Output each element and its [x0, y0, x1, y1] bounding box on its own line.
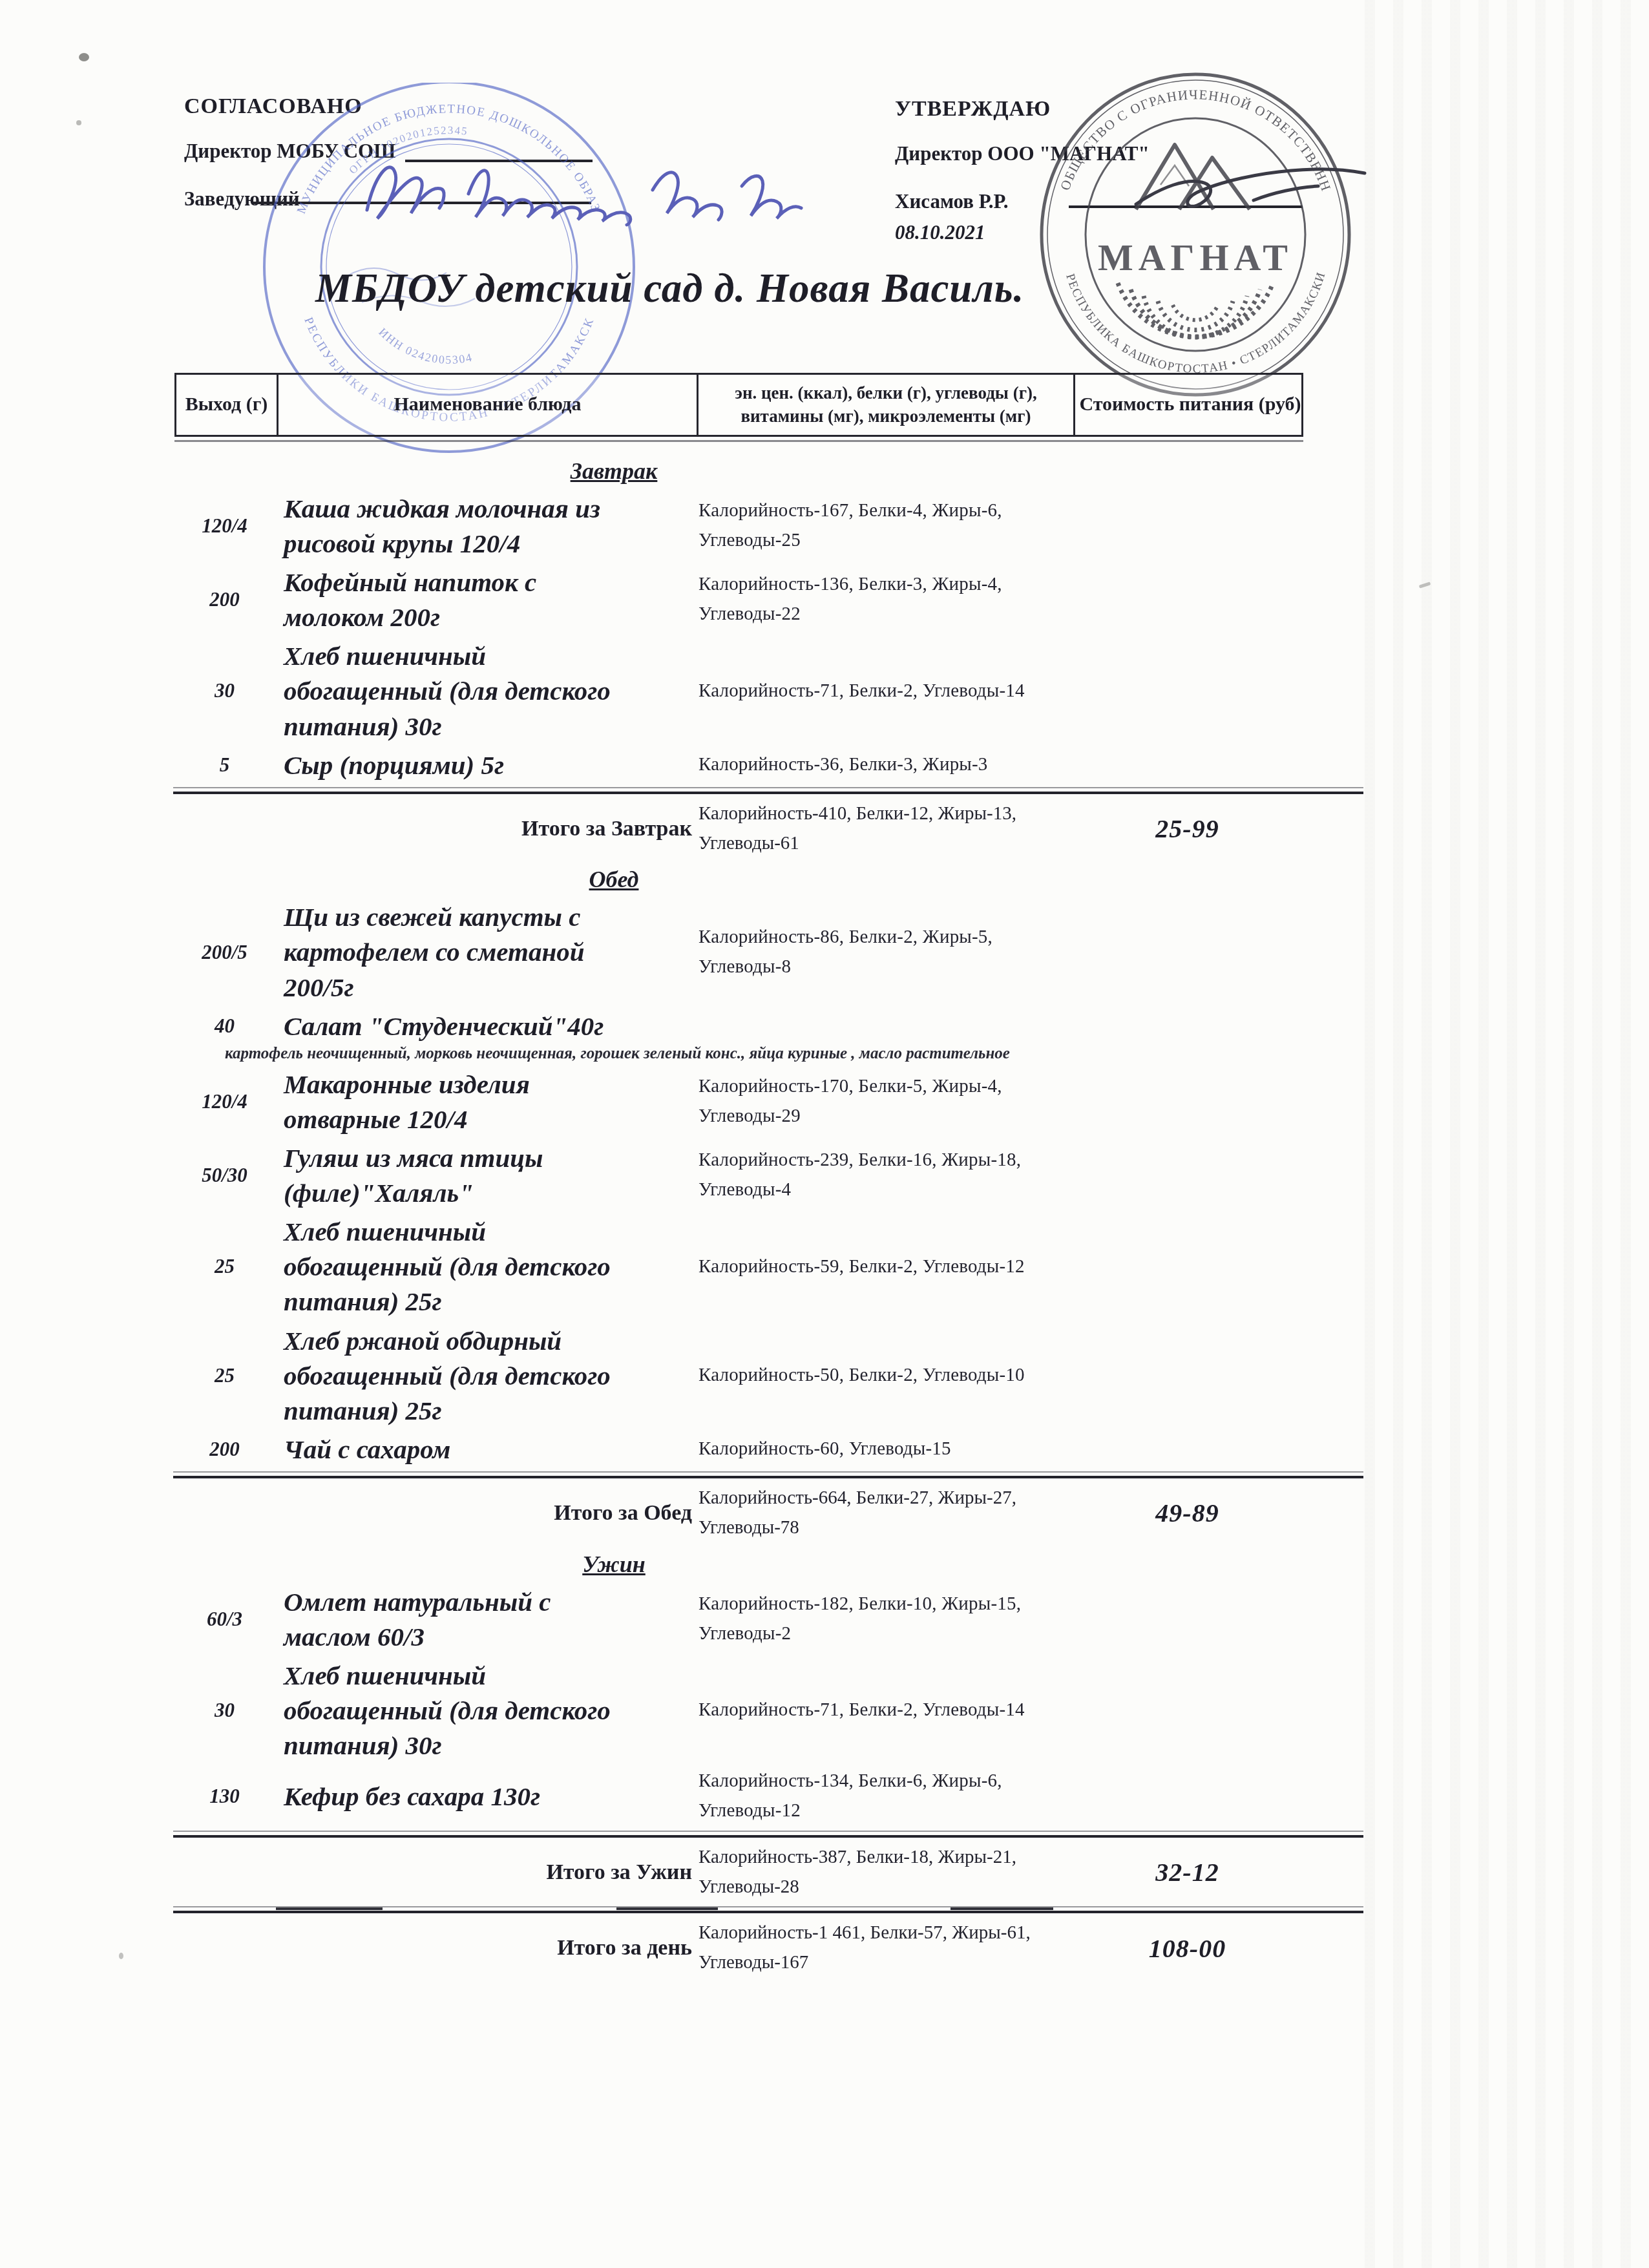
menu-row: 200Чай с сахаромКалорийность-60, Углевод…	[174, 1432, 1303, 1467]
dish-nutrition: Калорийность-170, Белки-5, Жиры-4, Углев…	[695, 1072, 1071, 1131]
dish-output: 5	[174, 753, 275, 777]
menu-row: 40Салат "Студенческий"40гкартофель неочи…	[174, 1009, 1303, 1063]
signature-line	[253, 202, 591, 204]
approved-label: УТВЕРЖДАЮ	[895, 97, 1150, 121]
total-rule-shadow	[173, 1471, 1363, 1473]
dish-output: 200	[174, 588, 275, 611]
section-label: Обед	[174, 866, 1053, 893]
section-total-row: Итого за ЗавтракКалорийность-410, Белки-…	[174, 792, 1303, 859]
section-total-row: Итого за ОбедКалорийность-664, Белки-27,…	[174, 1476, 1303, 1543]
dish-nutrition: Калорийность-167, Белки-4, Жиры-6, Углев…	[695, 496, 1071, 556]
dish-name: Хлеб ржаной обдирный обогащенный (для де…	[275, 1323, 695, 1428]
day-total-row: Итого за деньКалорийность-1 461, Белки-5…	[174, 1911, 1303, 1978]
menu-row: 60/3Омлет натуральный с маслом 60/3Калор…	[174, 1584, 1303, 1654]
day-total-row-cost: 108-00	[1071, 1933, 1303, 1964]
approved-name: Хисамов Р.Р.	[895, 190, 1150, 213]
dish-name: Кофейный напиток с молоком 200г	[275, 565, 695, 635]
section-total-row: Итого за УжинКалорийность-387, Белки-18,…	[174, 1835, 1303, 1902]
scan-speck	[76, 120, 81, 125]
total-rule	[173, 1911, 1363, 1913]
svg-text:ИНН 0242005304: ИНН 0242005304	[376, 326, 474, 366]
approval-left: СОГЛАСОВАНО Директор МОБУ СОШ Заведующий	[184, 94, 395, 235]
col-header-nutrition: эн. цен. (ккал), белки (г), углеводы (г)…	[697, 375, 1073, 435]
dish-name: Сыр (порциями) 5г	[275, 748, 695, 782]
signature-line	[405, 160, 593, 162]
dish-nutrition: Калорийность-59, Белки-2, Углеводы-12	[695, 1252, 1071, 1282]
menu-row: 200/5Щи из свежей капусты с картофелем с…	[174, 899, 1303, 1004]
dish-nutrition: Калорийность-86, Белки-2, Жиры-5, Углево…	[695, 923, 1071, 982]
agreed-signer: Заведующий	[184, 187, 395, 211]
col-header-dish: Наименование блюда	[277, 375, 697, 435]
menu-row: 5Сыр (порциями) 5гКалорийность-36, Белки…	[174, 748, 1303, 782]
section-total-row-cost: 25-99	[1071, 814, 1303, 844]
menu-table: Выход (г) Наименование блюда эн. цен. (к…	[174, 373, 1303, 1986]
dish-output: 120/4	[174, 1090, 275, 1113]
approved-date: 08.10.2021	[895, 221, 1150, 244]
dish-output: 25	[174, 1255, 275, 1278]
agreed-label: СОГЛАСОВАНО	[184, 94, 395, 119]
dish-nutrition: Калорийность-71, Белки-2, Углеводы-14	[695, 1696, 1071, 1725]
menu-row: 25Хлеб пшеничный обогащенный (для детско…	[174, 1214, 1303, 1319]
menu-row: 50/30 Гуляш из мяса птицы (филе)"Халяль"…	[174, 1140, 1303, 1210]
total-rule-shadow	[173, 787, 1363, 788]
dish-output: 200/5	[174, 941, 275, 964]
day-total-row-label: Итого за день	[275, 1936, 695, 1960]
dish-nutrition: Калорийность-134, Белки-6, Жиры-6, Углев…	[695, 1767, 1071, 1826]
section-total-row-label: Итого за Ужин	[275, 1860, 695, 1885]
scan-streaks	[1365, 0, 1649, 2268]
section-total-row-nutrition: Калорийность-410, Белки-12, Жиры-13, Угл…	[695, 799, 1071, 859]
dish-name: Хлеб пшеничный обогащенный (для детского…	[275, 1658, 695, 1763]
dish-ingredients: картофель неочищенный, морковь неочищенн…	[174, 1045, 1303, 1063]
dish-nutrition: Калорийность-50, Белки-2, Углеводы-10	[695, 1361, 1071, 1391]
dish-name: Омлет натуральный с маслом 60/3	[275, 1584, 695, 1654]
dish-name: Чай с сахаром	[275, 1432, 695, 1467]
approved-role: Директор ООО "МАГНАТ"	[895, 142, 1150, 165]
dish-nutrition: Калорийность-182, Белки-10, Жиры-15, Угл…	[695, 1590, 1071, 1649]
approval-right: УТВЕРЖДАЮ Директор ООО "МАГНАТ" Хисамов …	[895, 97, 1150, 244]
page-title: МБДОУ детский сад д. Новая Василь.	[315, 265, 1024, 312]
dish-nutrition: Калорийность-60, Углеводы-15	[695, 1434, 1071, 1464]
menu-row: 25Хлеб ржаной обдирный обогащенный (для …	[174, 1323, 1303, 1428]
dish-name: Кефир без сахара 130г	[275, 1779, 695, 1814]
scan-speck	[119, 1953, 123, 1959]
dish-output: 25	[174, 1364, 275, 1387]
dish-name: Макаронные изделия отварные 120/4	[275, 1067, 695, 1137]
total-rule	[173, 792, 1363, 794]
section-total-row-cost: 49-89	[1071, 1498, 1303, 1528]
section-label: Ужин	[174, 1551, 1053, 1578]
dish-nutrition: Калорийность-136, Белки-3, Жиры-4, Углев…	[695, 570, 1071, 629]
day-total-row-nutrition: Калорийность-1 461, Белки-57, Жиры-61, У…	[695, 1918, 1071, 1978]
scan-speck	[79, 53, 89, 61]
dish-output: 40	[174, 1014, 275, 1038]
agreed-role: Директор МОБУ СОШ	[184, 140, 395, 163]
section-total-row-nutrition: Калорийность-664, Белки-27, Жиры-27, Угл…	[695, 1484, 1071, 1543]
dish-nutrition: Калорийность-36, Белки-3, Жиры-3	[695, 750, 1071, 780]
total-rule-shadow	[173, 1831, 1363, 1832]
menu-body: Завтрак120/4Каша жидкая молочная из рисо…	[174, 442, 1303, 1978]
col-header-output: Выход (г)	[176, 375, 277, 435]
dish-nutrition: Калорийность-239, Белки-16, Жиры-18, Угл…	[695, 1146, 1071, 1205]
menu-row: 30Хлеб пшеничный обогащенный (для детско…	[174, 1658, 1303, 1763]
dish-name: Гуляш из мяса птицы (филе)"Халяль"	[275, 1140, 695, 1210]
dish-output: 60/3	[174, 1608, 275, 1631]
section-total-row-label: Итого за Обед	[275, 1501, 695, 1526]
dish-name: Хлеб пшеничный обогащенный (для детского…	[275, 1214, 695, 1319]
col-header-cost: Стоимость питания (руб)	[1073, 375, 1305, 435]
section-total-row-label: Итого за Завтрак	[275, 817, 695, 841]
total-rule	[173, 1835, 1363, 1838]
menu-row: 120/4Каша жидкая молочная из рисовой кру…	[174, 491, 1303, 561]
dish-output: 30	[174, 679, 275, 702]
dish-name: Щи из свежей капусты с картофелем со сме…	[275, 899, 695, 1004]
total-rule	[173, 1476, 1363, 1478]
section-total-row-nutrition: Калорийность-387, Белки-18, Жиры-21, Угл…	[695, 1843, 1071, 1902]
dish-output: 130	[174, 1785, 275, 1808]
dish-name: Хлеб пшеничный обогащенный (для детского…	[275, 638, 695, 743]
dish-output: 50/30	[174, 1164, 275, 1187]
menu-row: 120/4Макаронные изделия отварные 120/4Ка…	[174, 1067, 1303, 1137]
scan-speck	[1419, 582, 1431, 588]
scanned-menu-page: СОГЛАСОВАНО Директор МОБУ СОШ Заведующий…	[0, 0, 1649, 2268]
dish-name: Салат "Студенческий"40г	[275, 1009, 695, 1044]
table-header-row: Выход (г) Наименование блюда эн. цен. (к…	[174, 373, 1303, 437]
stamp-inn-text: ИНН 0242005304	[376, 326, 474, 366]
dish-output: 120/4	[174, 514, 275, 538]
signature-line	[1069, 205, 1303, 208]
section-label: Завтрак	[174, 457, 1053, 485]
dish-name: Каша жидкая молочная из рисовой крупы 12…	[275, 491, 695, 561]
menu-row: 30Хлеб пшеничный обогащенный (для детско…	[174, 638, 1303, 743]
dish-output: 30	[174, 1699, 275, 1722]
menu-row: 130Кефир без сахара 130гКалорийность-134…	[174, 1767, 1303, 1826]
menu-row: 200Кофейный напиток с молоком 200гКалори…	[174, 565, 1303, 635]
dish-nutrition: Калорийность-71, Белки-2, Углеводы-14	[695, 677, 1071, 706]
total-rule-shadow	[173, 1906, 1363, 1907]
handwritten-signature-right	[1124, 154, 1383, 218]
section-total-row-cost: 32-12	[1071, 1857, 1303, 1887]
dish-output: 200	[174, 1438, 275, 1461]
